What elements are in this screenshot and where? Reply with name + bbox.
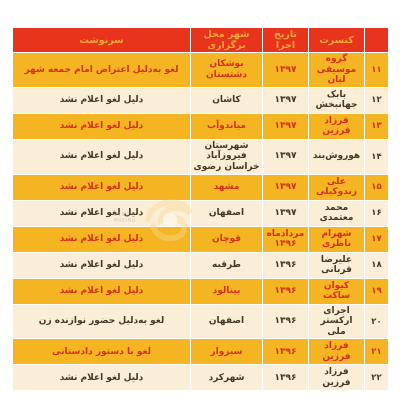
cell-city: مشهد [191,174,263,200]
cell-date: ۱۳۹۷ [263,87,309,113]
cell-row-number: ۱۶ [365,200,389,226]
cell-date: ۱۳۹۷ [263,53,309,88]
cell-date: ۱۳۹۷ [263,174,309,200]
table-row: ۱۷ شهرام ناظری مردادماه ۱۳۹۶ قوچان دلیل … [13,226,389,252]
cell-row-number: ۱۴ [365,139,389,174]
header-city: شهر محل برگزاری [191,28,263,53]
cell-concert: کیوان ساکت [309,278,365,304]
cell-concert: هوروش‌بند [309,139,365,174]
cell-date: ۱۳۹۷ [263,113,309,139]
cell-fate: لغو به‌دلیل حضور نوازنده زن [13,304,191,339]
cell-date: ۱۳۹۷ [263,139,309,174]
cell-row-number: ۱۷ [365,226,389,252]
table-row: ۲۰ اجرای ارکستر ملی ۱۳۹۶ اصفهان لغو به‌د… [13,304,389,339]
cell-fate: دلیل لغو اعلام نشد [13,278,191,304]
cell-row-number: ۱۱ [365,53,389,88]
cancelled-concerts-infographic: کنسرت تاریخ اجرا شهر محل برگزاری سرنوشت … [0,0,400,400]
cell-city: میاندوآب [191,113,263,139]
cell-fate: لغو با دستور دادستانی [13,339,191,365]
header-row-number [365,28,389,53]
cell-concert: اجرای ارکستر ملی [309,304,365,339]
table-row: ۲۲ فرزاد فرزین ۱۳۹۶ شهرکرد دلیل لغو اعلا… [13,365,389,391]
cell-date: ۱۳۹۶ [263,365,309,391]
cell-fate: دلیل لغو اعلام نشد [13,113,191,139]
table-row: ۱۸ علیرضا قربانی ۱۳۹۶ طرقبه دلیل لغو اعل… [13,252,389,278]
cell-row-number: ۱۳ [365,113,389,139]
table-row: ۱۲ بابک جهانبخش ۱۳۹۷ کاشان دلیل لغو اعلا… [13,87,389,113]
cell-city: سبزوار [191,339,263,365]
cell-concert: علیرضا قربانی [309,252,365,278]
cell-date: ۱۳۹۶ [263,304,309,339]
table-row: ۱۴ هوروش‌بند ۱۳۹۷ شهرستان فیروزآباد خراس… [13,139,389,174]
cell-fate: دلیل لغو اعلام نشد [13,87,191,113]
cell-row-number: ۱۲ [365,87,389,113]
cell-city: شهرکرد [191,365,263,391]
header-date: تاریخ اجرا [263,28,309,53]
cell-date: ۱۳۹۶ [263,339,309,365]
table-row: ۱۳ فرزاد فرزین ۱۳۹۷ میاندوآب دلیل لغو اع… [13,113,389,139]
cell-date: ۱۳۹۶ [263,278,309,304]
cell-fate: دلیل لغو اعلام نشد [13,252,191,278]
cell-city: اصفهان [191,200,263,226]
cell-concert: محمد معتمدی [309,200,365,226]
cell-concert: فرزاد فرزین [309,113,365,139]
cancelled-concerts-table: کنسرت تاریخ اجرا شهر محل برگزاری سرنوشت … [12,27,389,391]
cell-city: بوشکان دشتستان [191,53,263,88]
cell-city: کاشان [191,87,263,113]
cell-city: قوچان [191,226,263,252]
header-concert: کنسرت [309,28,365,53]
cell-city: طرقبه [191,252,263,278]
cell-concert: گروه موسیقی لیان [309,53,365,88]
cell-concert: علی زندوکیلی [309,174,365,200]
table-row: ۱۵ علی زندوکیلی ۱۳۹۷ مشهد دلیل لغو اعلام… [13,174,389,200]
cell-date: ۱۳۹۶ [263,252,309,278]
cell-city: اصفهان [191,304,263,339]
cell-fate: دلیل لغو اعلام نشد [13,174,191,200]
cell-row-number: ۲۱ [365,339,389,365]
cell-concert: فرزاد فرزین [309,365,365,391]
cell-concert: فرزاد فرزین [309,339,365,365]
cell-row-number: ۲۰ [365,304,389,339]
cell-row-number: ۱۵ [365,174,389,200]
cell-city: بینالود [191,278,263,304]
table-row: ۱۶ محمد معتمدی ۱۳۹۷ اصفهان دلیل لغو اعلا… [13,200,389,226]
header-row: کنسرت تاریخ اجرا شهر محل برگزاری سرنوشت [13,28,389,53]
cell-row-number: ۱۸ [365,252,389,278]
cell-row-number: ۱۹ [365,278,389,304]
cell-fate: لغو به‌دلیل اعتراض امام جمعه شهر [13,53,191,88]
cell-concert: بابک جهانبخش [309,87,365,113]
cell-row-number: ۲۲ [365,365,389,391]
header-fate: سرنوشت [13,28,191,53]
table-row: ۲۱ فرزاد فرزین ۱۳۹۶ سبزوار لغو با دستور … [13,339,389,365]
table-row: ۱۹ کیوان ساکت ۱۳۹۶ بینالود دلیل لغو اعلا… [13,278,389,304]
cell-fate: دلیل لغو اعلام نشد [13,200,191,226]
cell-concert: شهرام ناظری [309,226,365,252]
cell-date: مردادماه ۱۳۹۶ [263,226,309,252]
cell-city: شهرستان فیروزآباد خراسان رضوی [191,139,263,174]
cell-fate: دلیل لغو اعلام نشد [13,139,191,174]
cell-fate: دلیل لغو اعلام نشد [13,226,191,252]
table-row: ۱۱ گروه موسیقی لیان ۱۳۹۷ بوشکان دشتستان … [13,53,389,88]
cell-date: ۱۳۹۷ [263,200,309,226]
cell-fate: دلیل لغو اعلام نشد [13,365,191,391]
